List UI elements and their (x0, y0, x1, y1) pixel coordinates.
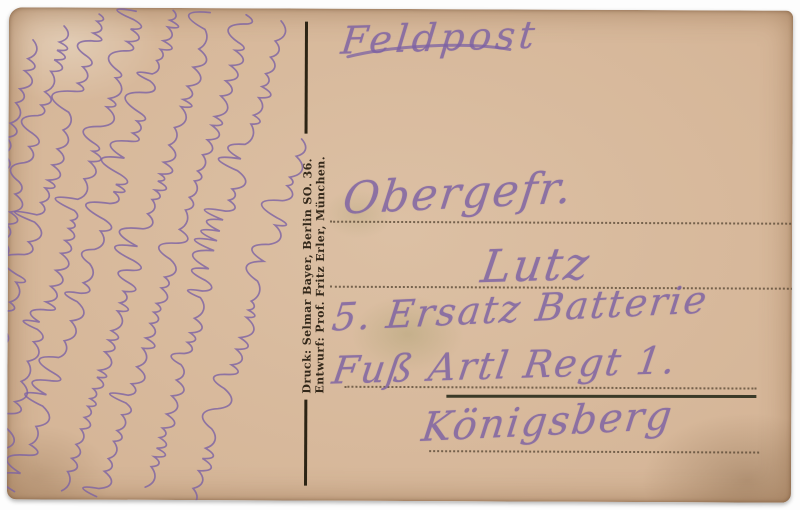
message-handwriting (7, 7, 793, 502)
message-stroke-line (7, 21, 75, 334)
message-stroke-line (7, 8, 110, 459)
address-city: Königsberg (419, 393, 676, 451)
imprint-text: Druck: Selmar Bayer, Berlin SO. 36. Entw… (300, 138, 327, 394)
address-rank: Obergefr. (340, 162, 576, 224)
message-stroke-line (7, 7, 183, 495)
message-stroke-line (124, 15, 292, 490)
feldpost-label: Feldpost (339, 13, 541, 63)
address-dotted-line-4 (429, 450, 759, 453)
imprint-line-druck: Druck: Selmar Bayer, Berlin SO. 36. (300, 138, 314, 394)
imprint-line-entwurf: Entwurf: Prof. Fritz Erler, München. (313, 138, 327, 394)
message-stroke-line (7, 7, 147, 486)
address-regiment: Fuß Artl Regt 1. (329, 338, 680, 393)
postcard: Feldpost Druck: Selmar Bayer, Berlin SO.… (7, 7, 793, 502)
divider-top-rule (305, 22, 308, 134)
divider-bottom-rule (304, 400, 307, 486)
message-stroke-line (41, 7, 221, 494)
message-stroke-line (7, 35, 43, 227)
message-stroke-line (79, 9, 256, 499)
scan-background: Feldpost Druck: Selmar Bayer, Berlin SO.… (0, 0, 800, 510)
message-stroke-line (170, 133, 313, 502)
